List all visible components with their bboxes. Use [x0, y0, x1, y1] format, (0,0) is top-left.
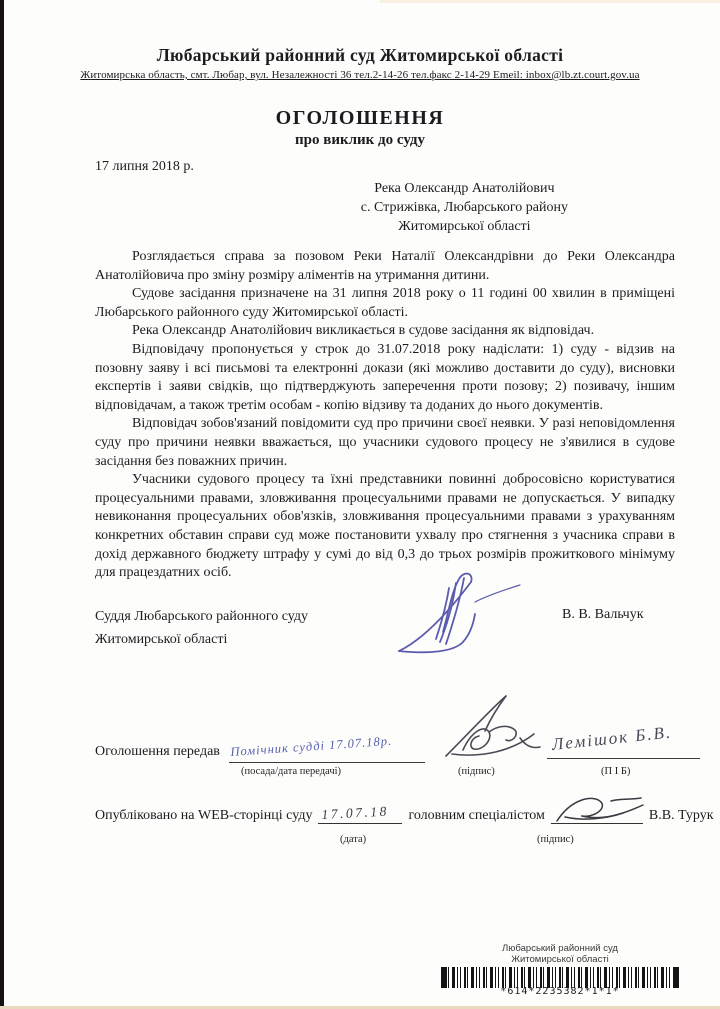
barcode-code: *614*2235382*1*1* — [420, 986, 700, 997]
transfer-name-line: Лемішок Б.В. — [547, 704, 700, 759]
document-header: Любарський районний суд Житомирської обл… — [0, 45, 720, 81]
addressee-block: Река Олександр Анатолійович с. Стрижівка… — [361, 179, 568, 236]
addressee-address: с. Стрижівка, Любарського району — [361, 198, 568, 217]
document-date: 17 липня 2018 р. — [95, 159, 720, 175]
paragraph-procedural-rights: Учасники судового процесу та їхні предст… — [95, 471, 675, 583]
transfer-position-line: Помічник судді 17.07.18р. — [229, 712, 425, 763]
judge-title-block: Суддя Любарського районного суду Житомир… — [95, 605, 308, 651]
judge-title-line2: Житомирської області — [95, 628, 308, 651]
caption-position-date: (посада/дата передачі) — [241, 766, 341, 777]
paragraph-absence: Відповідач зобов'язаний повідомити суд п… — [95, 415, 675, 471]
published-name: В.В. Турук — [649, 808, 714, 824]
court-name: Любарський районний суд Житомирської обл… — [0, 45, 720, 66]
published-signature-line — [551, 806, 643, 824]
document-body: Розглядається справа за позовом Реки Нат… — [95, 248, 675, 583]
barcode-court-name: Любарський районний суд — [420, 943, 700, 954]
published-row: Опубліковано на WEB-сторінці суду 17.07.… — [95, 806, 714, 824]
paragraph-respondent-duties: Відповідачу пропонується у строк до 31.0… — [95, 341, 675, 415]
caption-full-name: (П І Б) — [601, 766, 630, 777]
paragraph-hearing: Судове засідання призначене на 31 липня … — [95, 285, 675, 322]
paragraph-case: Розглядається справа за позовом Реки Нат… — [95, 248, 675, 285]
judge-signature-icon — [392, 566, 524, 658]
scan-edge-artifact — [0, 0, 4, 1009]
transfer-label: Оголошення передав — [95, 744, 220, 760]
barcode-block: Любарський районний суд Житомирської обл… — [420, 943, 700, 997]
addressee-region: Житомирської області — [361, 217, 568, 236]
specialist-signature-icon — [553, 791, 649, 829]
handwritten-position-date: Помічник судді 17.07.18р. — [230, 734, 393, 760]
judge-title-line1: Суддя Любарського районного суду — [95, 605, 308, 628]
published-label-after: головним спеціалістом — [408, 808, 544, 824]
caption-publish-signature: (підпис) — [537, 834, 574, 845]
document-subtitle: про виклик до суду — [0, 132, 720, 149]
caption-date: (дата) — [340, 834, 366, 845]
paragraph-summons: Река Олександр Анатолійович викликається… — [95, 322, 675, 341]
published-label-before: Опубліковано на WEB-сторінці суду — [95, 808, 312, 824]
judge-name: В. В. Вальчук — [562, 607, 644, 623]
handwritten-publish-date: 17.07.18 — [322, 804, 390, 823]
barcode-court-region: Житомирської області — [420, 954, 700, 965]
handwritten-name: Лемішок Б.В. — [551, 722, 673, 755]
document-title: ОГОЛОШЕННЯ — [0, 107, 720, 130]
published-date-line: 17.07.18 — [318, 806, 402, 824]
transfer-signature-icon — [434, 690, 546, 764]
court-address-line: Житомирська область, смт. Любар, вул. Не… — [0, 69, 720, 81]
caption-signature: (підпис) — [458, 766, 495, 777]
barcode-icon — [441, 967, 679, 988]
addressee-name: Река Олександр Анатолійович — [361, 179, 568, 198]
court-announcement-document: Любарський районний суд Житомирської обл… — [0, 0, 720, 1009]
scan-top-edge-artifact — [380, 0, 720, 3]
